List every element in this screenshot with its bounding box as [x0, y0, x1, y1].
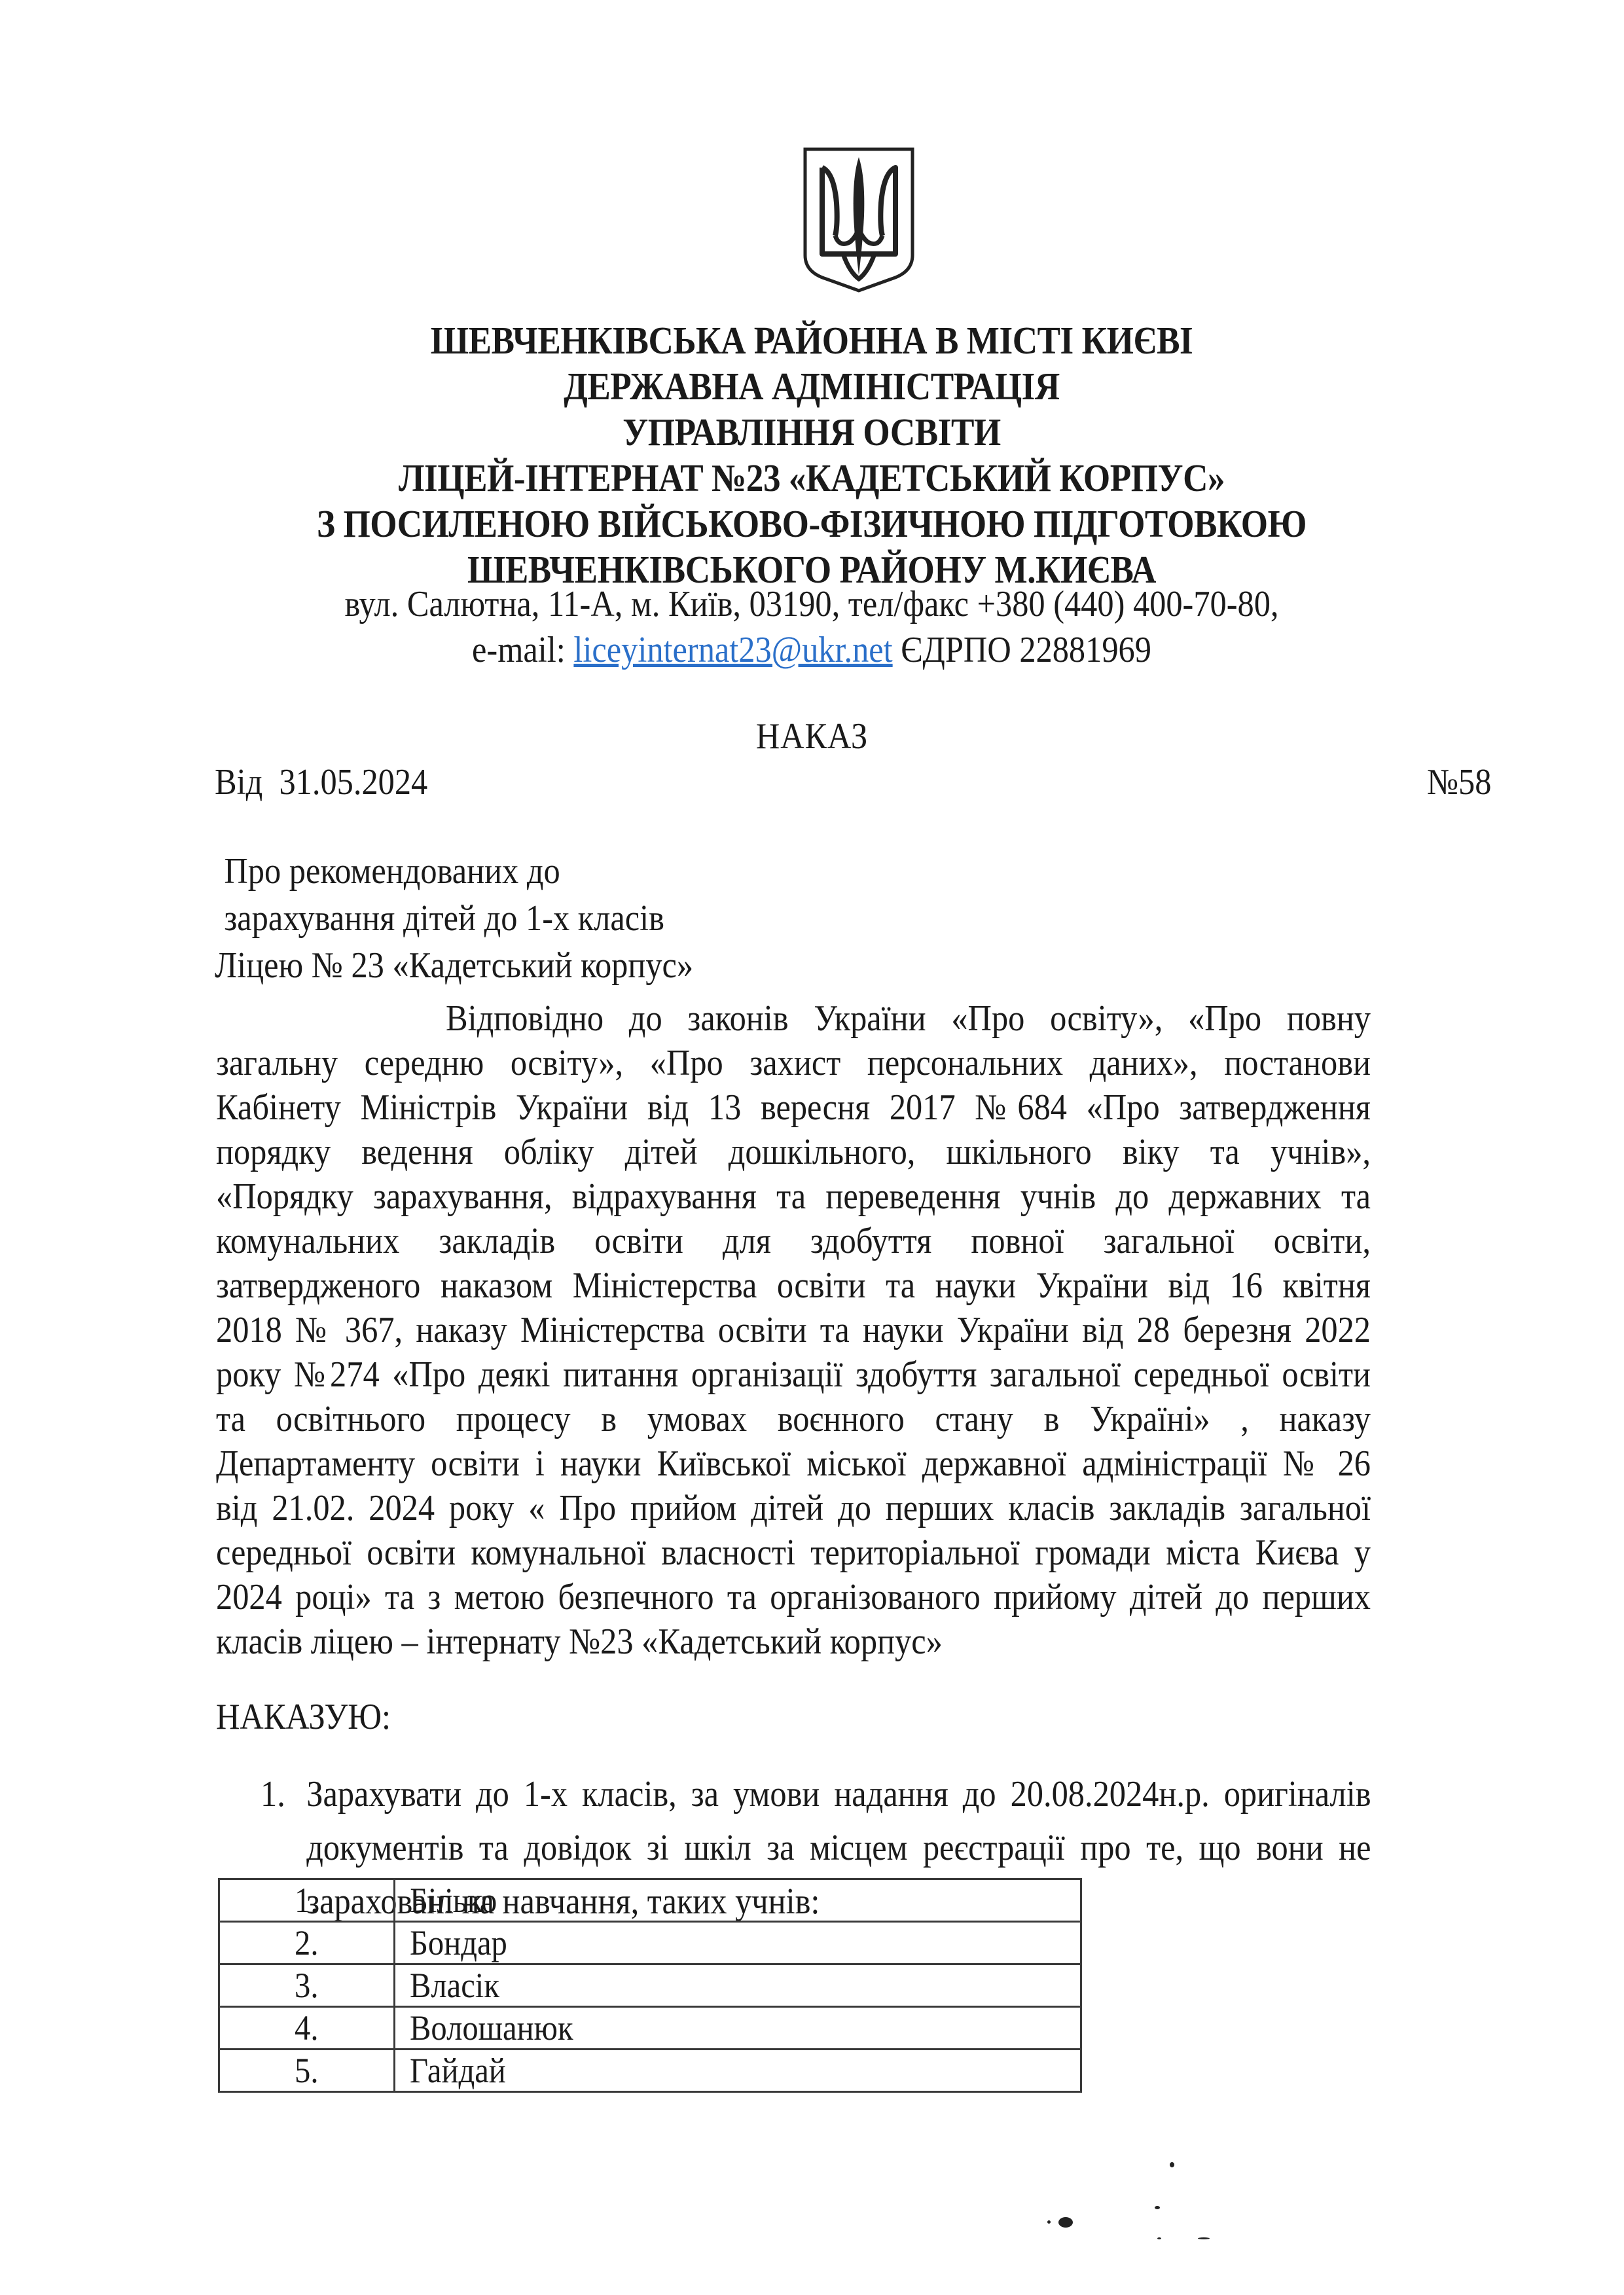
students-table: 1. Білько 2. Бондар 3. Власік 4. Волошан… [218, 1878, 1082, 2093]
student-name: Власік [410, 1965, 499, 2006]
scan-speck [1157, 2237, 1161, 2239]
header-line: УПРАВЛІННЯ ОСВІТИ [258, 409, 1365, 455]
address-line: вул. Салютна, 11-А, м. Київ, 03190, тел/… [258, 581, 1365, 627]
scan-speck [1170, 2162, 1174, 2167]
email-label: e-mail: [472, 630, 573, 670]
scan-speck [1198, 2237, 1210, 2239]
preamble-line: 2024 році» та з метою безпечного та орга… [216, 1575, 1371, 1619]
order-title: НАКАЗ [81, 714, 1543, 759]
preamble-line: Відповідно до законів України «Про освіт… [216, 996, 1371, 1041]
preamble-line: Кабінету Міністрів України від 13 вересн… [216, 1085, 1371, 1130]
subject-line: Про рекомендованих до [215, 848, 693, 895]
scan-speck [1047, 2220, 1051, 2224]
preamble-paragraph: Відповідно до законів України «Про освіт… [216, 996, 1371, 1664]
table-row: 4. Волошанюк [219, 2007, 1081, 2050]
header-line: ЛІЦЕЙ-ІНТЕРНАТ №23 «КАДЕТСЬКИЙ КОРПУС» [258, 455, 1365, 501]
header-line: ШЕВЧЕНКІВСЬКА РАЙОННА В МІСТІ КИЄВІ [258, 317, 1365, 363]
item-line: Зарахувати до 1-х класів, за умови надан… [306, 1767, 1371, 1821]
email-line: e-mail: liceyinternat23@ukr.net ЄДРПО 22… [258, 627, 1365, 673]
preamble-line: комунальних закладів освіти для здобуття… [216, 1219, 1371, 1263]
preamble-line: від 21.02. 2024 року « Про прийом дітей … [216, 1486, 1371, 1530]
table-row: 2. Бондар [219, 1922, 1081, 1964]
email-link[interactable]: liceyinternat23@ukr.net [573, 630, 892, 670]
row-number: 2. [295, 1923, 318, 1963]
table-row: 1. Білько [219, 1879, 1081, 1922]
header-line: ДЕРЖАВНА АДМІНІСТРАЦІЯ [258, 363, 1365, 409]
student-name: Гайдай [410, 2050, 506, 2091]
row-number: 3. [295, 1965, 318, 2006]
preamble-line: Департаменту освіти і науки Київської мі… [216, 1441, 1371, 1486]
row-number: 1. [295, 1880, 318, 1921]
row-number: 4. [295, 2008, 318, 2048]
header-line: З ПОСИЛЕНОЮ ВІЙСЬКОВО-ФІЗИЧНОЮ ПІДГОТОВК… [258, 501, 1365, 547]
preamble-line: «Порядку зарахування, відрахування та пе… [216, 1174, 1371, 1219]
document-page: ШЕВЧЕНКІВСЬКА РАЙОННА В МІСТІ КИЄВІ ДЕРЖ… [0, 0, 1624, 2295]
preamble-line: 2018 № 367, наказу Міністерства освіти т… [216, 1308, 1371, 1352]
order-date: Від 31.05.2024 [215, 759, 427, 805]
contact-info: вул. Салютна, 11-А, м. Київ, 03190, тел/… [258, 581, 1365, 673]
subject-line: зарахування дітей до 1-х класів [215, 895, 693, 942]
order-subject: Про рекомендованих до зарахування дітей … [215, 848, 693, 989]
tryzub-coat-of-arms-icon [800, 144, 918, 296]
preamble-line: середньої освіти комунальної власності т… [216, 1530, 1371, 1575]
scan-speck [1155, 2206, 1160, 2209]
preamble-line: загальну середню освіту», «Про захист пе… [216, 1041, 1371, 1085]
order-number: №58 [1427, 759, 1491, 805]
row-number: 5. [295, 2050, 318, 2091]
preamble-line: затвердженого наказом Міністерства освіт… [216, 1263, 1371, 1308]
table-row: 3. Власік [219, 1964, 1081, 2007]
student-name: Бондар [410, 1923, 507, 1963]
student-name: Білько [410, 1880, 497, 1921]
order-verb: НАКАЗУЮ: [216, 1694, 391, 1740]
preamble-line: порядку ведення обліку дітей дошкільного… [216, 1130, 1371, 1174]
item-number: 1. [261, 1767, 285, 1821]
table-row: 5. Гайдай [219, 2050, 1081, 2092]
subject-line: Ліцею № 23 «Кадетський корпус» [215, 942, 693, 989]
preamble-line: класів ліцею – інтернату №23 «Кадетський… [216, 1619, 1371, 1664]
item-line: документів та довідок зі шкіл за місцем … [306, 1821, 1371, 1875]
preamble-line: та освітнього процесу в умовах воєнного … [216, 1397, 1371, 1441]
preamble-line: року №274 «Про деякі питання організації… [216, 1352, 1371, 1397]
edrpou-code: ЄДРПО 22881969 [893, 630, 1151, 670]
student-name: Волошанюк [410, 2008, 573, 2048]
scan-speck [1058, 2217, 1073, 2228]
institution-header: ШЕВЧЕНКІВСЬКА РАЙОННА В МІСТІ КИЄВІ ДЕРЖ… [258, 317, 1365, 592]
